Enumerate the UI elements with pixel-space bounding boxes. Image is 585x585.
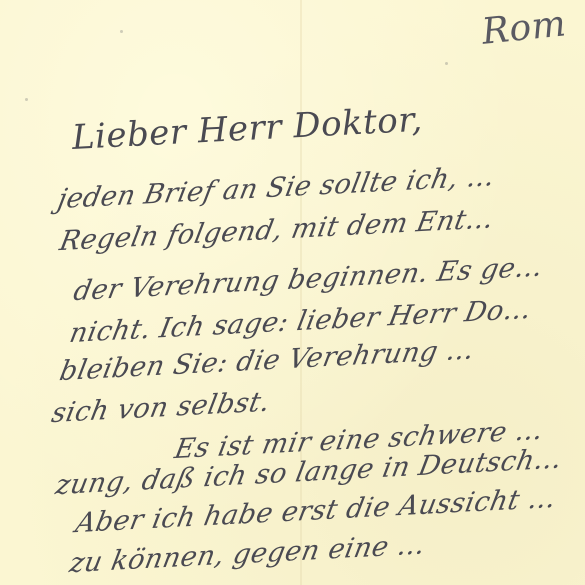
letter-page: Rom Lieber Herr Doktor, jeden Brief an S… [0, 0, 585, 585]
letter-line: sich von selbst. [49, 386, 273, 429]
paper-speck [120, 30, 123, 33]
paper-speck [445, 62, 448, 65]
letter-place: Rom [480, 3, 568, 53]
letter-salutation: Lieber Herr Doktor, [71, 100, 424, 158]
paper-speck [25, 98, 28, 101]
letter-line: zu können, gegen eine … [67, 529, 428, 579]
